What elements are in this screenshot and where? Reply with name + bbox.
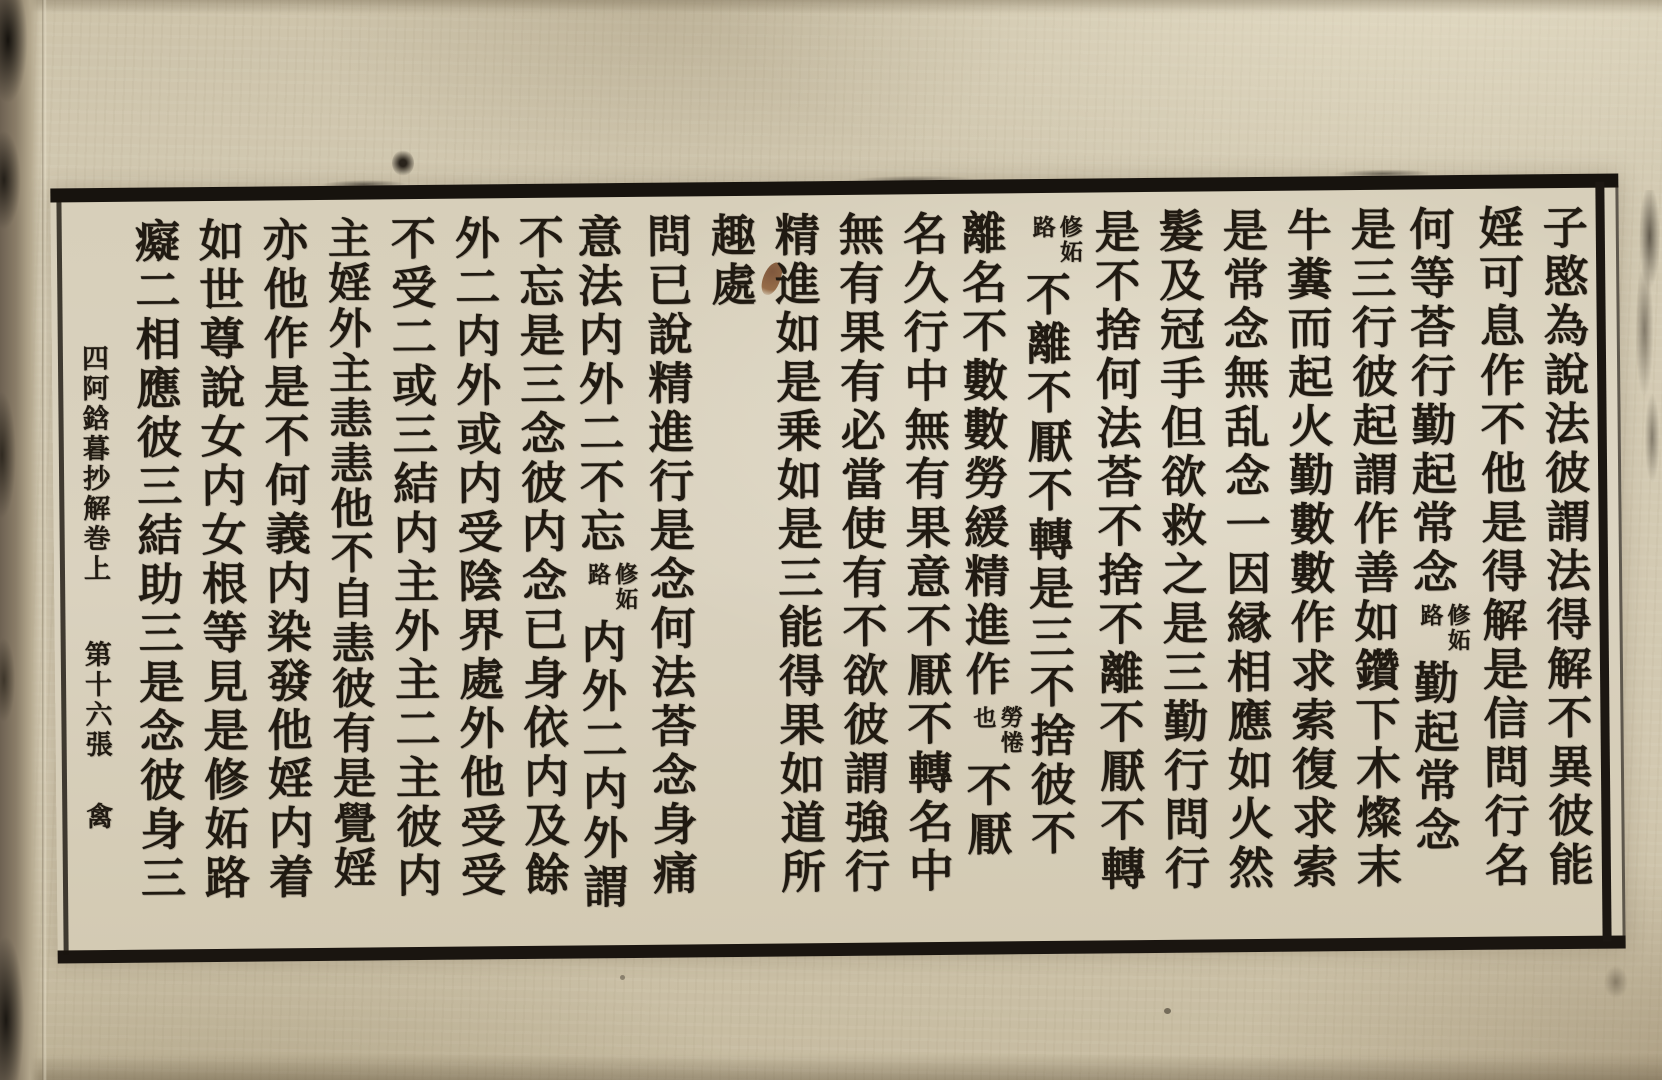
scanned-book-page: { "colors": { "ink": "#201a12", "paper":… bbox=[0, 0, 1662, 1080]
text-column-7: 髮及冠手但欲救之是三勤行問行 bbox=[1145, 207, 1216, 928]
column-text: 主婬外主恚恚他不自恚彼有是覺婬 bbox=[322, 215, 375, 890]
ink-mark bbox=[392, 150, 414, 176]
column-text: 離名不數數勞緩精進作 bbox=[954, 209, 1009, 699]
column-text: 婬可息作不他是得解是信問行名 bbox=[1472, 204, 1529, 890]
column-text: 髮及冠手但欲救之是三勤行問行 bbox=[1152, 207, 1209, 893]
text-column-3: 何等荅行勤起常念修妬路勤起常念 bbox=[1401, 205, 1472, 926]
column-text: 勤起常念 bbox=[1407, 659, 1459, 855]
text-column-13: 精進如是乗如是三能得果如道所 bbox=[761, 211, 832, 932]
text-column-19: 不受二或三結内主外主二主彼内 bbox=[377, 215, 448, 936]
text-column-20: 主婬外主恚恚他不自恚彼有是覺婬 bbox=[313, 215, 384, 936]
interlinear-note-gloss: 勞惓也 bbox=[967, 705, 1021, 756]
binding-crease bbox=[42, 0, 47, 1080]
text-column-14: 趣處 bbox=[697, 212, 768, 933]
text-column-9: 修妬路不離不厭不轉是三不捨彼不 bbox=[1017, 209, 1088, 930]
volume-title-column: 四阿鋡暮抄解巻上 第十六張 禽 bbox=[63, 218, 128, 939]
note-right-minicolumn: 修妬 bbox=[1441, 603, 1468, 653]
text-column-23: 癡二相應彼三結助三是念彼身三 bbox=[121, 217, 192, 938]
bottom-edge-shadow bbox=[0, 1054, 1662, 1080]
note-right-minicolumn: 修妬 bbox=[609, 562, 636, 612]
interlinear-note-sutra: 修妬路 bbox=[1027, 215, 1081, 266]
column-text: 是三行彼起謂作善如鑽下木燦末 bbox=[1344, 206, 1401, 892]
column-text: 意法内外二不忘 bbox=[570, 213, 623, 556]
text-column-22: 如世尊說女内女根等見是修妬路 bbox=[185, 217, 256, 938]
column-text: 外二内外或内受陰界處外他受受 bbox=[448, 214, 505, 900]
column-text: 癡二相應彼三結助三是念彼身三 bbox=[128, 217, 185, 903]
text-column-2: 婬可息作不他是得解是信問行名 bbox=[1465, 204, 1536, 925]
column-text: 牛糞而起火勤數數作求索復求索 bbox=[1280, 206, 1337, 892]
sheet-number: 第十六張 bbox=[81, 640, 112, 760]
column-text: 亦他作是不何義内染發他婬内着 bbox=[256, 216, 313, 902]
text-column-16: 意法内外二不忘修妬路内外二内外謂 bbox=[569, 213, 640, 934]
top-edge-shadow bbox=[0, 0, 1662, 14]
interlinear-note-sutra: 修妬路 bbox=[1414, 603, 1468, 654]
column-text: 是不捨何法荅不捨不離不厭不轉 bbox=[1088, 208, 1145, 894]
column-text: 不受二或三結内主外主二主彼内 bbox=[384, 215, 441, 901]
text-column-18: 外二内外或内受陰界處外他受受 bbox=[441, 214, 512, 935]
ink-smudge bbox=[1634, 190, 1660, 500]
column-text: 無有果有必當使有不欲彼謂強行 bbox=[832, 211, 889, 897]
note-left-minicolumn: 路 bbox=[582, 562, 609, 612]
column-text: 如世尊說女内女根等見是修妬路 bbox=[192, 217, 249, 903]
ink-speck bbox=[1164, 1008, 1171, 1014]
column-text: 是常念無乱念一因縁相應如火然 bbox=[1216, 207, 1273, 893]
fascicle-siglum: 禽 bbox=[82, 801, 112, 831]
text-column-8: 是不捨何法荅不捨不離不厭不轉 bbox=[1081, 208, 1152, 929]
work-title: 四阿鋡暮抄解巻上 bbox=[78, 344, 110, 584]
ink-smudge bbox=[1596, 952, 1636, 1012]
text-column-17: 不忘是三念彼内念已身依内及餘 bbox=[505, 214, 576, 935]
ink-speck bbox=[620, 975, 625, 980]
note-right-minicolumn: 勞惓 bbox=[994, 705, 1021, 755]
column-text: 趣處 bbox=[704, 212, 755, 310]
column-text: 子愍為說法彼謂法得解不異彼能 bbox=[1536, 204, 1593, 890]
text-column-6: 是常念無乱念一因縁相應如火然 bbox=[1209, 207, 1280, 928]
vertical-text-area: 子愍為說法彼謂法得解不異彼能 婬可息作不他是得解是信問行名 何等荅行勤起常念修妬… bbox=[65, 204, 1600, 939]
note-left-minicolumn: 路 bbox=[1027, 215, 1054, 265]
column-text: 精進如是乗如是三能得果如道所 bbox=[768, 211, 825, 897]
column-text: 名久行中無有果意不厭不轉名中 bbox=[896, 210, 953, 896]
text-column-21: 亦他作是不何義内染發他婬内着 bbox=[249, 216, 320, 937]
text-column-1: 子愍為說法彼謂法得解不異彼能 bbox=[1529, 204, 1600, 925]
column-text: 不厭 bbox=[960, 761, 1011, 859]
text-column-4: 是三行彼起謂作善如鑽下木燦末 bbox=[1337, 206, 1408, 927]
column-text: 不離不厭不轉是三不捨彼不 bbox=[1019, 271, 1075, 859]
text-column-15: 問已說精進行是念何法荅念身痛 bbox=[633, 212, 704, 933]
book-binding-edge bbox=[0, 0, 40, 1080]
note-left-minicolumn: 也 bbox=[967, 706, 994, 756]
interlinear-note-sutra: 修妬路 bbox=[582, 562, 636, 613]
column-text: 何等荅行勤起常念 bbox=[1402, 205, 1456, 597]
column-text: 問已說精進行是念何法荅念身痛 bbox=[640, 212, 697, 898]
column-text: 内外二内外謂 bbox=[574, 618, 627, 912]
text-column-5: 牛糞而起火勤數數作求索復求索 bbox=[1273, 206, 1344, 927]
note-left-minicolumn: 路 bbox=[1414, 603, 1441, 653]
note-right-minicolumn: 修妬 bbox=[1054, 215, 1081, 265]
text-column-11: 名久行中無有果意不厭不轉名中 bbox=[889, 210, 960, 931]
column-text: 不忘是三念彼内念已身依内及餘 bbox=[512, 214, 569, 900]
text-column-12: 無有果有必當使有不欲彼謂強行 bbox=[825, 210, 896, 931]
printed-text-block: 子愍為說法彼謂法得解不異彼能 婬可息作不他是得解是信問行名 何等荅行勤起常念修妬… bbox=[50, 173, 1625, 963]
